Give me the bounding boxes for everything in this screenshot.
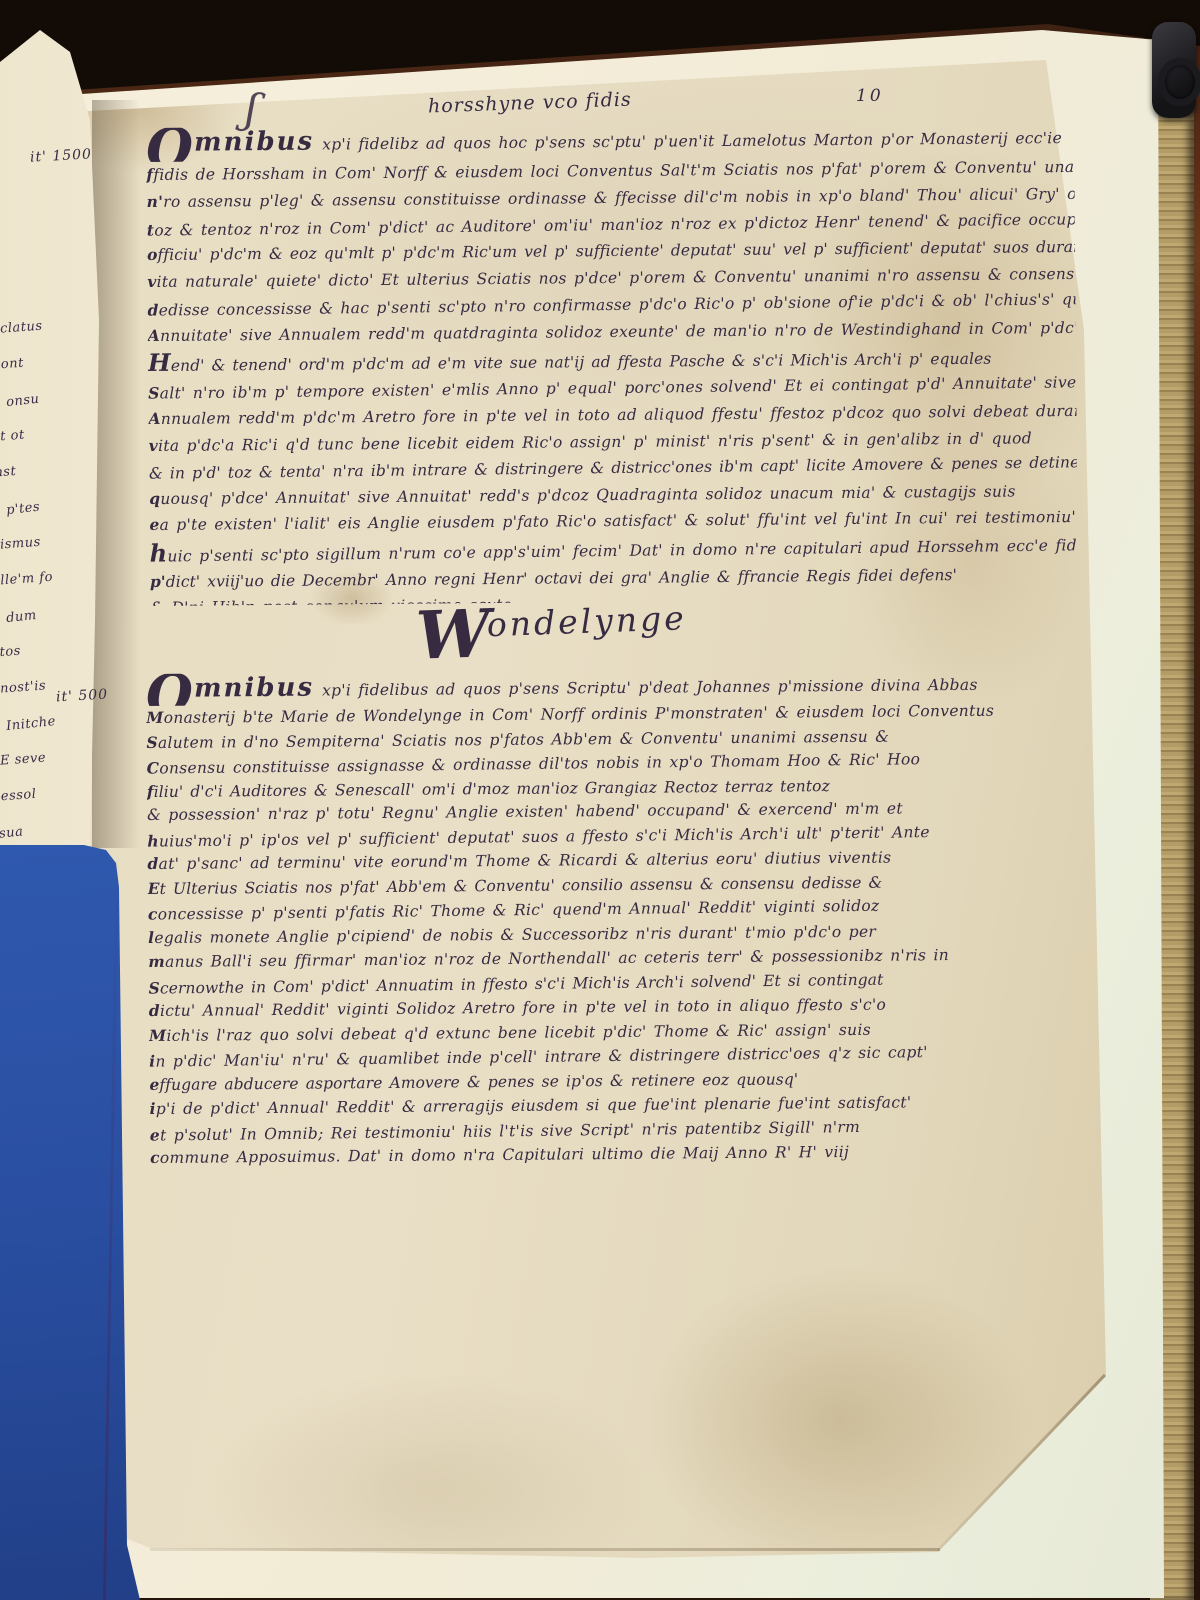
text-fragment: clatus (0, 314, 104, 336)
entry-lines: Monasterij b'te Marie de Wondelynge in C… (146, 698, 1078, 1174)
manuscript-line: xp'i fidelibz ad quos hoc p'sens sc'ptu'… (322, 129, 1062, 153)
manuscript-line: xp'i fidelibus ad quos p'sens Scriptu' p… (322, 676, 978, 700)
text-fragment: dum (5, 601, 104, 626)
text-fragment: onst (0, 458, 104, 481)
page-bottom-edge (150, 1548, 940, 1551)
entry-lines: ffidis de Horssham in Com' Norff & eiusd… (146, 154, 1078, 606)
text-fragment: et ot (0, 422, 104, 445)
clasp-ring-icon (1158, 58, 1200, 106)
text-fragment: ismus (0, 530, 104, 552)
margin-note: it' 500 (56, 687, 109, 706)
opening-word: mnibus (194, 673, 314, 704)
charter-entry-horsham: Omnibusxp'i fidelibz ad quos hoc p'sens … (146, 120, 1078, 606)
page-curl-shadow (92, 100, 140, 848)
text-fragment: alle'm fo (0, 566, 104, 589)
margin-note: it' 1500 (30, 146, 93, 165)
text-fragment: Initche (5, 709, 104, 734)
section-heading-wendling: Wondelynge (415, 587, 689, 674)
text-fragment: p'tes (5, 493, 104, 518)
manuscript-photo: clatuspontonsuet otonstp'tesismusalle'm … (0, 0, 1200, 1600)
page-number: 10 (856, 86, 884, 106)
text-fragment: E seve (0, 746, 104, 768)
opening-word: mnibus (194, 127, 314, 158)
text-fragment: pessol (0, 782, 104, 805)
text-fragment: a sua (0, 816, 104, 843)
text-fragment: pont (0, 350, 104, 373)
heading-text: ondelynge (486, 598, 687, 644)
text-fragment: onsu (5, 385, 104, 410)
heading-initial: W (415, 594, 489, 674)
text-fragment: fatos (0, 638, 104, 661)
charter-entry-wendling: Omnibusxp'i fidelibus ad quos p'sens Scr… (146, 666, 1078, 1174)
